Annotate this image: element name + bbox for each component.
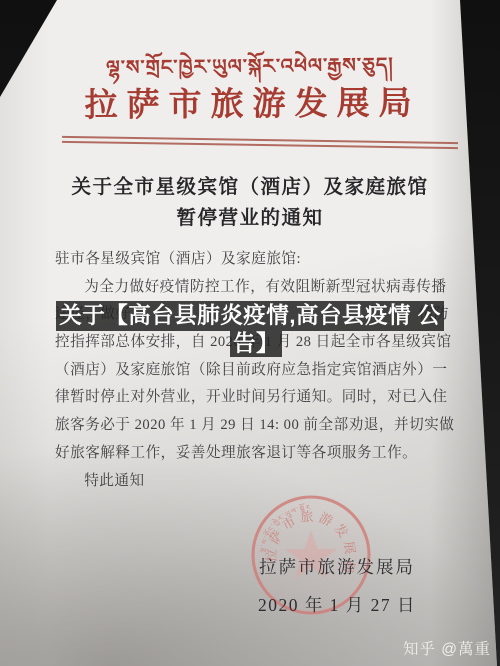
body-line: 为全力做好疫情防控工作，有效阻断新型冠状病毒传播 — [55, 274, 449, 302]
body-line: （酒店）及家庭旅馆（除目前政府应急指定宾馆酒店外）一 — [55, 357, 449, 385]
caption-line2: 告】 — [230, 331, 282, 357]
signature-date: 2020 年 1 月 27 日 — [237, 592, 437, 617]
caption-line1: 关于【高台县肺炎疫情,高台县疫情 公 — [56, 301, 444, 331]
signature-org-name: 拉萨市旅游发展局 — [237, 554, 437, 579]
notice-title-line1: 关于全市星级宾馆（酒店）及家庭旅馆 — [40, 172, 460, 203]
notice-title: 关于全市星级宾馆（酒店）及家庭旅馆 暂停营业的通知 — [40, 172, 460, 234]
letterhead-divider-rule — [62, 136, 458, 149]
zhihu-watermark: 知乎 @萬重 — [403, 637, 491, 659]
notice-title-line2: 暂停营业的通知 — [40, 203, 460, 234]
body-line: 好旅客解释工作，妥善处理旅客退订等各项服务工作。 — [55, 440, 449, 468]
photo-of-notice: ལྷ་ས་གྲོང་ཁྱེར་ཡུལ་སྐོར་འཕེལ་རྒྱས་ཅུད། 拉… — [0, 0, 500, 666]
org-name-letterhead: 拉萨市旅游发展局 — [55, 77, 450, 127]
salutation-line: 驻市各星级宾馆（酒店）及家庭旅馆: — [55, 246, 449, 274]
caption-overlay: 关于【高台县肺炎疫情,高台县疫情 公 告】 — [0, 301, 500, 357]
body-line: 律暂时停止对外营业，开业时间另行通知。同时，对已入住 — [55, 384, 449, 412]
body-line: 旅客务必于 2020 年 1 月 29 日 14: 00 前全部劝退，并切实做 — [55, 412, 449, 440]
signature-block: 拉萨市旅游发展局 2020 年 1 月 27 日 — [237, 554, 437, 617]
notice-body: 驻市各星级宾馆（酒店）及家庭旅馆: 为全力做好疫情防控工作，有效阻断新型冠状病毒… — [55, 246, 449, 495]
